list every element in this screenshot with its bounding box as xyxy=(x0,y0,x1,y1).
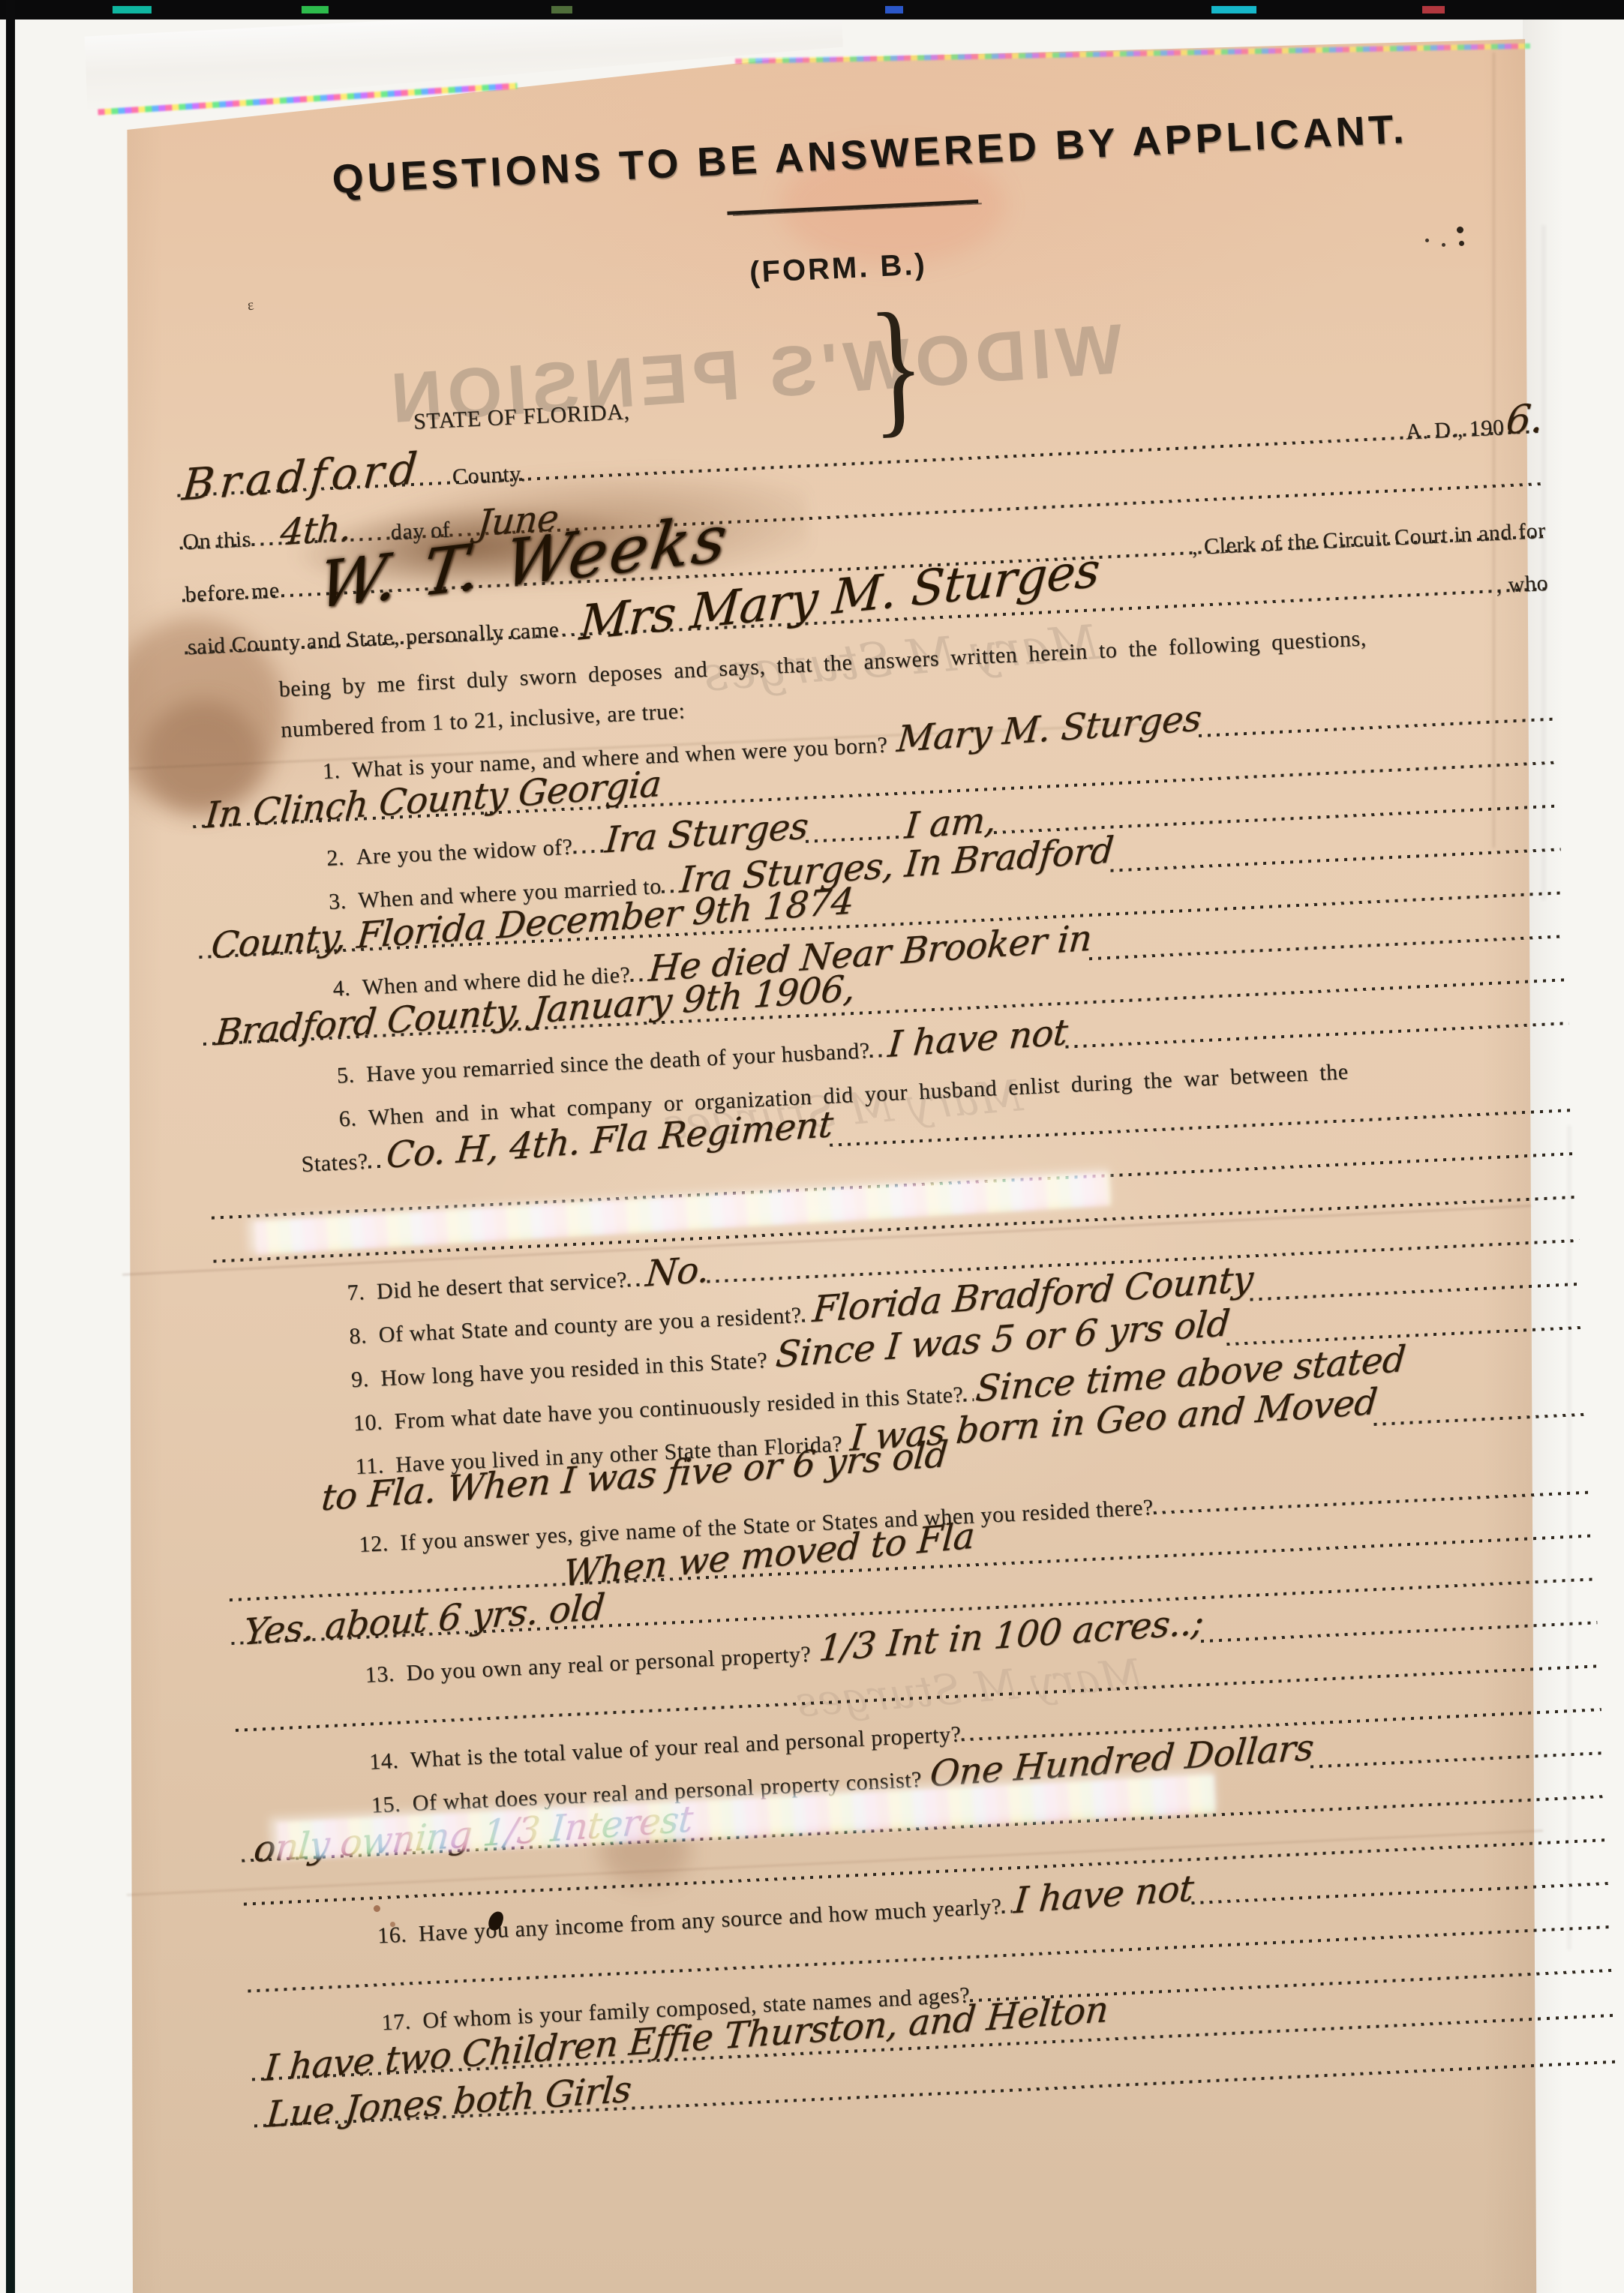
scanner-left-edge xyxy=(6,0,15,2293)
dotted-leader xyxy=(802,1319,811,1322)
scan-glitch-pixel xyxy=(1422,6,1445,14)
scanner-top-bar xyxy=(0,0,1624,20)
scan-glitch-pixel xyxy=(302,6,329,14)
dotted-leader xyxy=(573,850,603,854)
form-label: (FORM. B.) xyxy=(749,219,1543,290)
county-line-handwriting: 6. xyxy=(1505,401,1544,439)
title-rule xyxy=(727,200,978,215)
dotted-leader xyxy=(368,1165,385,1169)
on-this-line-handwriting: 4th. xyxy=(279,512,353,549)
rust-speck xyxy=(390,1922,395,1927)
on-this-line-print: On this xyxy=(182,527,252,556)
dotted-leader xyxy=(964,1398,974,1402)
before-me-line-print: before me xyxy=(185,578,281,608)
came-line-print: , who xyxy=(1496,570,1549,599)
scan-glitch-pixel xyxy=(885,6,903,14)
q5-handwriting: I have not xyxy=(887,1016,1069,1061)
scan-glitch-pixel xyxy=(551,6,572,14)
county-line-print: County. xyxy=(452,461,527,490)
q2-handwriting: I am, xyxy=(903,804,997,843)
q16-handwriting: I have not xyxy=(1013,1872,1195,1917)
scanned-document-page: { "header": { "title": "QUESTIONS TO BE … xyxy=(0,0,1624,2293)
q6-states-print: States? xyxy=(301,1148,369,1178)
dotted-leader xyxy=(1002,1910,1013,1913)
document-content: WIDOW'S PENSION Mary M Sturges Mary M St… xyxy=(147,0,1624,2261)
county-line-print: A. D., 190 xyxy=(1405,415,1505,446)
q7-handwriting: No. xyxy=(644,1253,710,1290)
scan-glitch-pixel xyxy=(113,6,152,14)
dotted-leader xyxy=(806,836,903,843)
scan-glitch-pixel xyxy=(1211,6,1256,14)
dotted-leader xyxy=(627,1283,644,1287)
dotted-leader xyxy=(870,1054,887,1058)
page-title: QUESTIONS TO BE ANSWERED BY APPLICANT. xyxy=(331,100,1538,203)
ink-specks xyxy=(1425,239,1429,242)
edge-crease xyxy=(1493,53,1495,848)
rust-speck xyxy=(374,1905,380,1912)
